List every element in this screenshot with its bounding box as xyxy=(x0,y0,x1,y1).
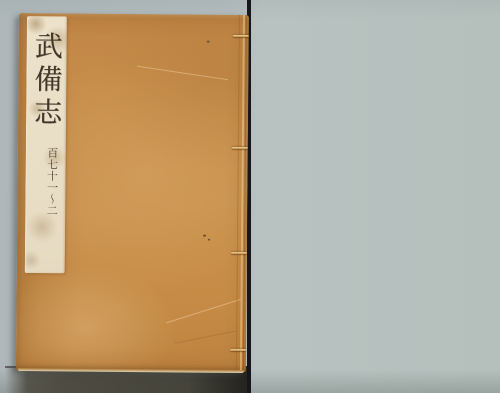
cover-crease xyxy=(137,66,228,81)
cover-stain-speck xyxy=(207,41,210,43)
photo-scene: 武備志 百七十一〜二 xyxy=(0,0,500,393)
cover-crease xyxy=(175,330,236,343)
stitch-mark xyxy=(233,35,249,37)
volume-number-calligraphy: 百七十一〜二 xyxy=(37,147,66,216)
title-label: 武備志 百七十一〜二 xyxy=(25,16,67,273)
book-title-calligraphy: 武備志 xyxy=(27,31,66,130)
stitch-mark xyxy=(232,147,248,149)
book-cover: 武備志 百七十一〜二 xyxy=(16,13,249,372)
cover-stain-speck xyxy=(203,235,206,237)
stitch-mark xyxy=(230,349,246,351)
stitch-mark xyxy=(231,252,247,254)
cover-crease xyxy=(166,299,241,323)
cover-stain-speck xyxy=(208,239,210,241)
